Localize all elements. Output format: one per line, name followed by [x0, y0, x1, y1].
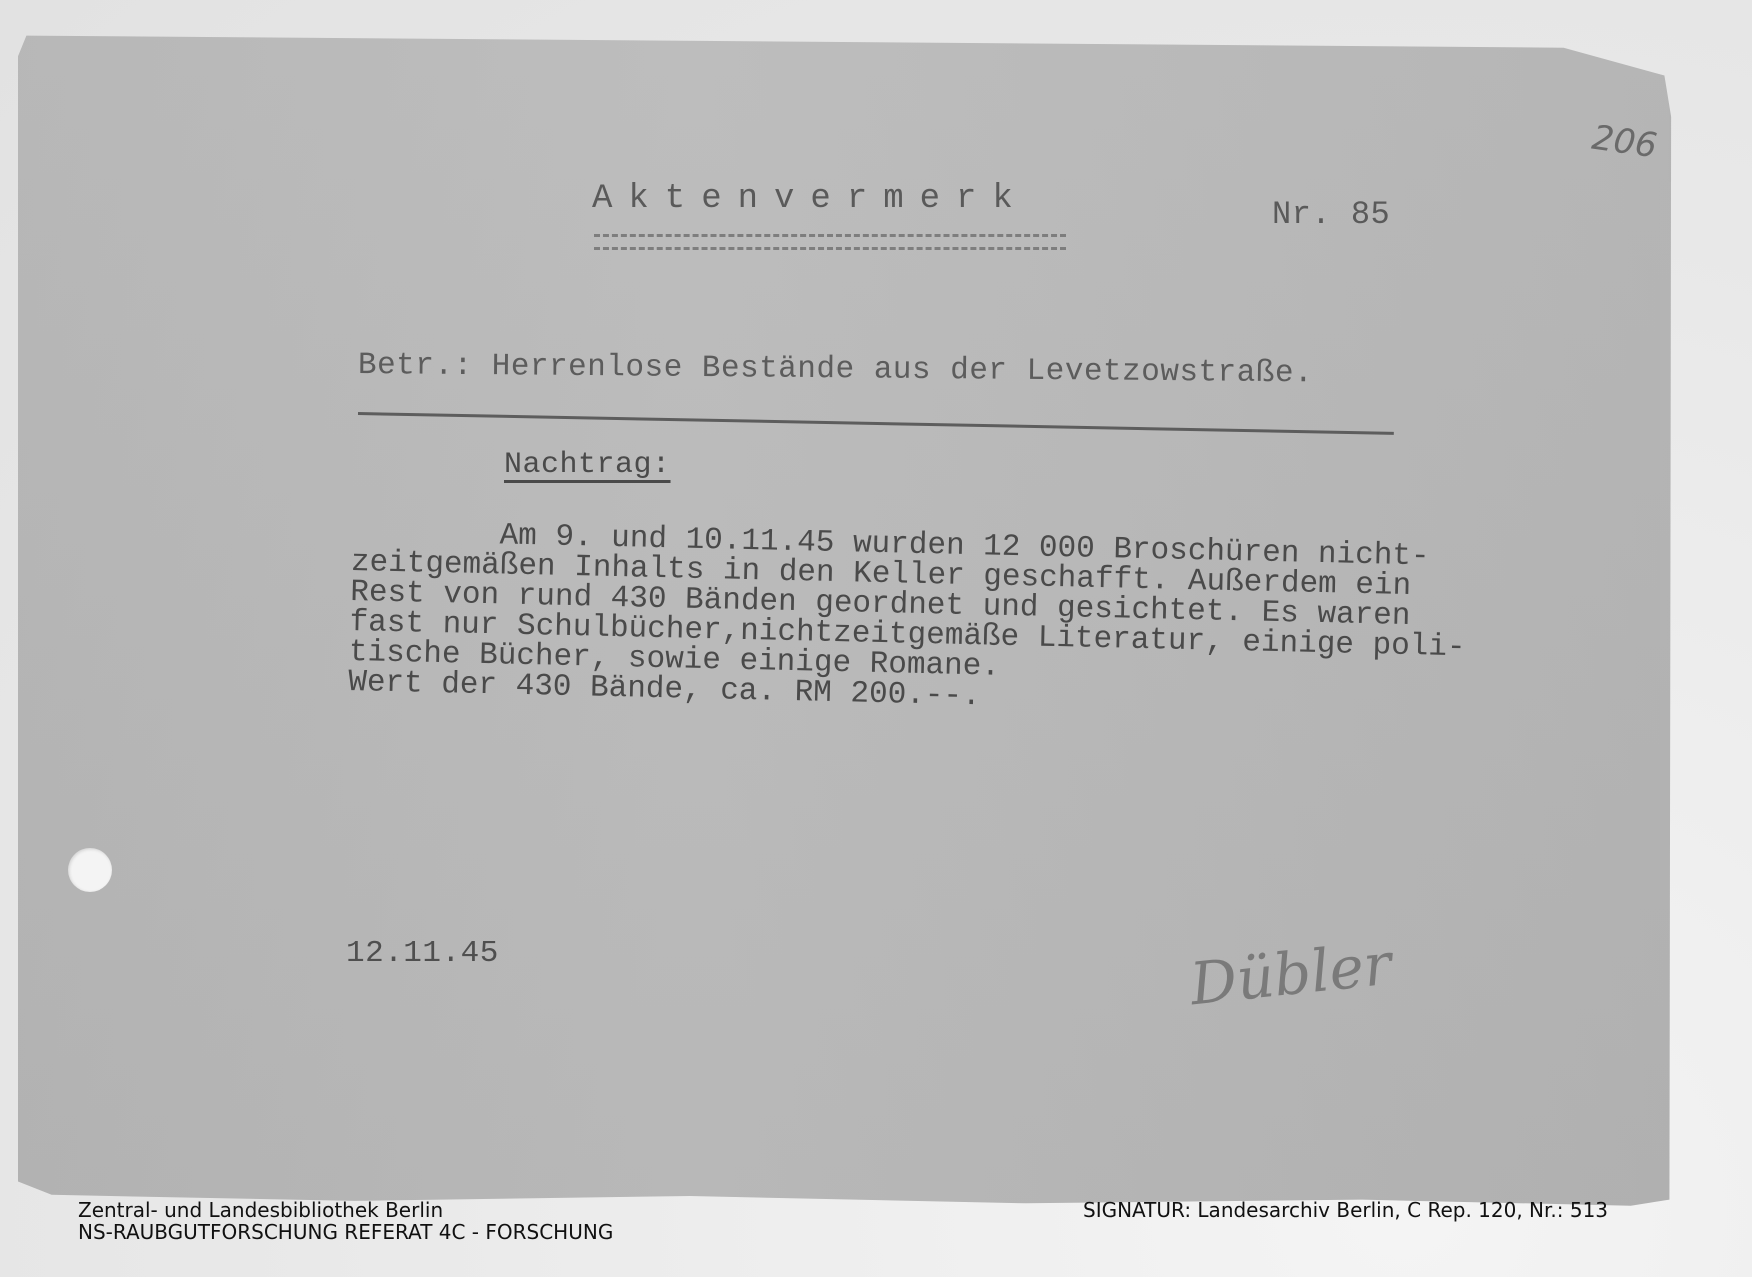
document-date: 12.11.45	[346, 936, 499, 971]
footer-signatur: SIGNATUR: Landesarchiv Berlin, C Rep. 12…	[1083, 1199, 1608, 1221]
section-heading: Nachtrag:	[504, 448, 671, 482]
footer-institution: Zentral- und Landesbibliothek Berlin	[78, 1199, 613, 1221]
footer-department: NS-RAUBGUTFORSCHUNG REFERAT 4C - FORSCHU…	[78, 1221, 613, 1243]
document-number: Nr. 85	[1272, 196, 1390, 233]
punch-hole	[68, 848, 112, 892]
body-paragraph: Am 9. und 10.11.45 wurden 12 000 Broschü…	[348, 518, 1652, 727]
document-title: Aktenvermerk	[592, 180, 1029, 218]
footer-institution-block: Zentral- und Landesbibliothek Berlin NS-…	[78, 1199, 613, 1243]
title-double-underline	[594, 234, 1066, 250]
